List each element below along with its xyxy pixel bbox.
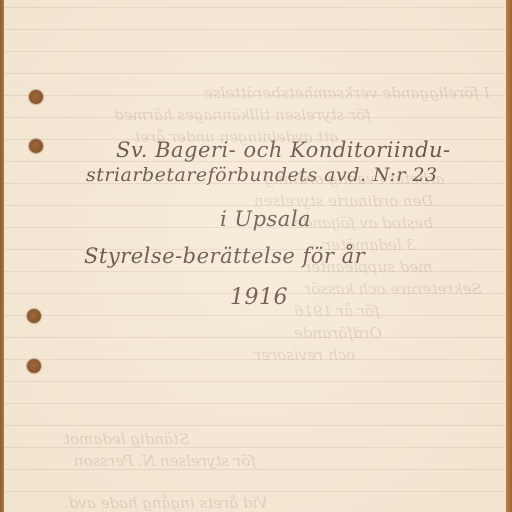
title-line-report: Styrelse-berättelse för år xyxy=(84,244,365,268)
bleed-through-line: Ständig ledamot xyxy=(64,430,189,448)
title-line-city: i Upsala xyxy=(220,207,311,231)
title-line-year: 1916 xyxy=(230,285,288,310)
title-line-union-branch: striarbetareförbundets avd. N:r 23 xyxy=(86,164,438,186)
bleed-through-line: och revisorer xyxy=(254,346,355,364)
bleed-through-line: Vid årets ingång hade avd. xyxy=(64,494,268,512)
punch-hole xyxy=(29,90,43,104)
title-line-union-name: Sv. Bageri- och Konditoriindu- xyxy=(116,138,451,162)
punch-hole xyxy=(29,139,43,153)
page-edge-right xyxy=(506,0,512,512)
ledger-page: I föreliggande verksamhetsberättelse för… xyxy=(4,0,506,512)
punch-hole xyxy=(27,309,41,323)
punch-hole xyxy=(27,359,41,373)
bleed-through-line: för styrelsen tillkännages härmed xyxy=(114,106,371,124)
bleed-through-line: för år 1916 xyxy=(294,302,380,320)
bleed-through-line: I föreliggande verksamhetsberättelse xyxy=(204,84,490,102)
bleed-through-line: för styrelsen N. Persson xyxy=(74,452,256,470)
bleed-through-line: Sekreterare och kassör xyxy=(304,280,482,298)
bleed-through-line: Ordförande xyxy=(294,324,382,342)
bleed-through-line: bestod av följande xyxy=(294,214,433,232)
